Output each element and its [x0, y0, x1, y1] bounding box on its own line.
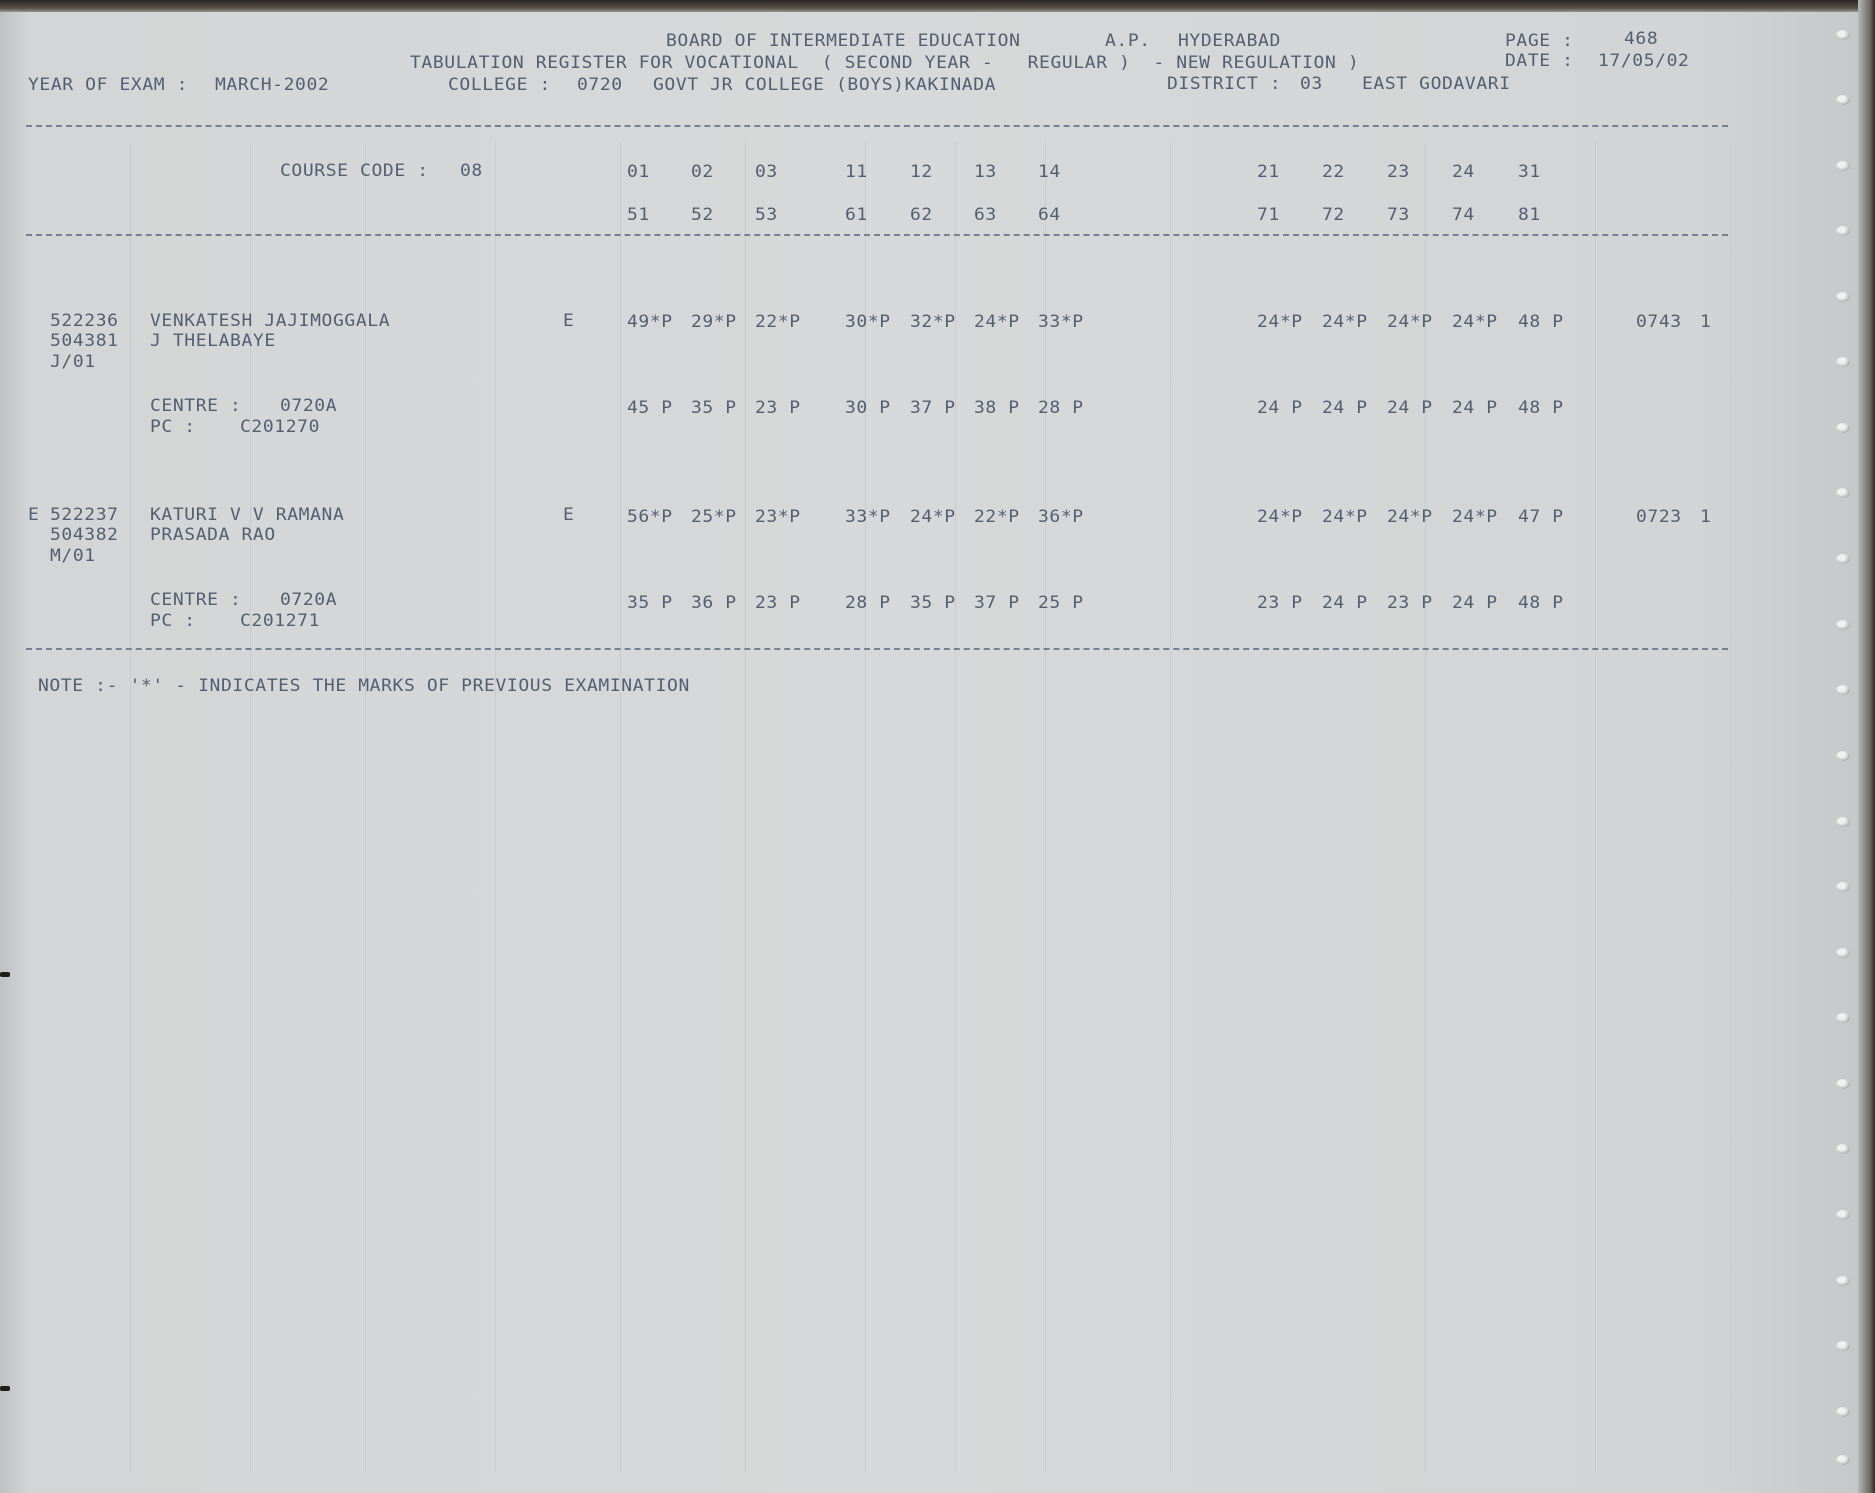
- mark-cell: 48 P: [1518, 594, 1564, 613]
- feed-hole-icon: [1836, 226, 1850, 236]
- subject-code: 64: [1038, 206, 1061, 225]
- centre-label: CENTRE :: [150, 397, 242, 416]
- binder-mark: [0, 1386, 10, 1391]
- mark-cell: 23 P: [1387, 594, 1433, 613]
- mark-cell: 37 P: [910, 399, 956, 418]
- board-name: BOARD OF INTERMEDIATE EDUCATION: [666, 32, 1021, 51]
- mark-cell: 24*P: [1387, 508, 1433, 527]
- mark-cell: 30 P: [845, 399, 891, 418]
- mark-cell: 35 P: [910, 594, 956, 613]
- footnote: NOTE :- '*' - INDICATES THE MARKS OF PRE…: [38, 677, 690, 696]
- category: M/01: [50, 547, 96, 566]
- total-marks: 0743: [1636, 313, 1682, 332]
- mark-cell: 22*P: [974, 508, 1020, 527]
- centre-code: 0720A: [280, 591, 337, 610]
- mark-cell: 23 P: [755, 594, 801, 613]
- mark-cell: 35 P: [627, 594, 673, 613]
- category: J/01: [50, 353, 96, 372]
- register-title: TABULATION REGISTER FOR VOCATIONAL ( SEC…: [410, 54, 1359, 73]
- subject-code: 24: [1452, 163, 1475, 182]
- mark-cell: 24 P: [1322, 594, 1368, 613]
- subject-code: 73: [1387, 206, 1410, 225]
- feed-hole-icon: [1836, 751, 1850, 761]
- page-label: PAGE :: [1505, 32, 1574, 51]
- mark-cell: 24*P: [1452, 508, 1498, 527]
- mark-cell: 24*P: [1257, 508, 1303, 527]
- subject-code: 11: [845, 163, 868, 182]
- hall-ticket-number: 522236: [50, 312, 119, 331]
- subject-code: 74: [1452, 206, 1475, 225]
- subject-code: 52: [691, 206, 714, 225]
- mark-cell: 25 P: [1038, 594, 1084, 613]
- feed-hole-icon: [1836, 1210, 1850, 1220]
- subject-code: 12: [910, 163, 933, 182]
- ghost-column-line: [620, 142, 621, 1472]
- mark-cell: 35 P: [691, 399, 737, 418]
- mark-cell: 23*P: [755, 508, 801, 527]
- mark-cell: 48 P: [1518, 313, 1564, 332]
- centre-code: 0720A: [280, 397, 337, 416]
- college-name: GOVT JR COLLEGE (BOYS)KAKINADA: [653, 76, 996, 95]
- mark-cell: 24 P: [1257, 399, 1303, 418]
- mark-cell: 38 P: [974, 399, 1020, 418]
- subject-code: 72: [1322, 206, 1345, 225]
- mark-cell: 45 P: [627, 399, 673, 418]
- pc-label: PC :: [150, 418, 196, 437]
- division: 1: [1700, 508, 1711, 527]
- medium: E: [563, 312, 574, 331]
- year-of-exam-label: YEAR OF EXAM :: [28, 76, 188, 95]
- subject-code: 03: [755, 163, 778, 182]
- parent-name: J THELABAYE: [150, 332, 276, 351]
- ghost-column-line: [495, 142, 496, 1472]
- mark-cell: 24*P: [1322, 508, 1368, 527]
- mark-cell: 37 P: [974, 594, 1020, 613]
- ghost-column-line: [1045, 142, 1046, 1472]
- student-name: VENKATESH JAJIMOGGALA: [150, 312, 390, 331]
- total-marks: 0723: [1636, 508, 1682, 527]
- binder-mark: [0, 972, 10, 977]
- subject-code: 61: [845, 206, 868, 225]
- photo-right-edge: [1858, 0, 1875, 1493]
- feed-hole-icon: [1836, 948, 1850, 958]
- hall-ticket-number: 522237: [50, 506, 119, 525]
- subject-code: 31: [1518, 163, 1541, 182]
- subject-code: 71: [1257, 206, 1280, 225]
- subject-code: 13: [974, 163, 997, 182]
- ghost-column-line: [865, 142, 866, 1472]
- feed-hole-icon: [1836, 95, 1850, 105]
- mark-cell: 24*P: [974, 313, 1020, 332]
- feed-hole-icon: [1836, 357, 1850, 367]
- mark-cell: 24*P: [1452, 313, 1498, 332]
- column-header-rule: [26, 234, 1728, 236]
- subject-code: 53: [755, 206, 778, 225]
- date-label: DATE :: [1505, 52, 1574, 71]
- mark-cell: 24*P: [1257, 313, 1303, 332]
- feed-hole-icon: [1836, 1079, 1850, 1089]
- registration-number: 504382: [50, 526, 119, 545]
- mark-cell: 47 P: [1518, 508, 1564, 527]
- mark-cell: 24 P: [1452, 594, 1498, 613]
- district-name: EAST GODAVARI: [1362, 75, 1511, 94]
- subject-code: 14: [1038, 163, 1061, 182]
- feed-hole-icon: [1836, 620, 1850, 630]
- subject-code: 51: [627, 206, 650, 225]
- district-label: DISTRICT :: [1167, 75, 1281, 94]
- division: 1: [1700, 313, 1711, 332]
- report-date: 17/05/02: [1598, 52, 1690, 71]
- feed-hole-icon: [1836, 882, 1850, 892]
- feed-hole-icon: [1836, 1144, 1850, 1154]
- mark-cell: 28 P: [1038, 399, 1084, 418]
- mark-cell: 56*P: [627, 508, 673, 527]
- subject-code: 01: [627, 163, 650, 182]
- feed-hole-icon: [1836, 1276, 1850, 1286]
- subject-code: 02: [691, 163, 714, 182]
- registration-number: 504381: [50, 332, 119, 351]
- records-end-rule: [26, 648, 1728, 650]
- feed-hole-icon: [1836, 817, 1850, 827]
- mark-cell: 22*P: [755, 313, 801, 332]
- parent-name: PRASADA RAO: [150, 526, 276, 545]
- feed-hole-icon: [1836, 554, 1850, 564]
- pc-number: C201270: [240, 418, 320, 437]
- year-of-exam: MARCH-2002: [215, 76, 329, 95]
- mark-cell: 23 P: [1257, 594, 1303, 613]
- ghost-column-line: [745, 142, 746, 1472]
- ghost-column-line: [1170, 142, 1171, 1472]
- mark-cell: 49*P: [627, 313, 673, 332]
- college-code: 0720: [577, 76, 623, 95]
- course-code-label: COURSE CODE :: [280, 162, 429, 181]
- feed-hole-icon: [1836, 161, 1850, 171]
- mark-cell: 24*P: [1387, 313, 1433, 332]
- college-label: COLLEGE :: [448, 76, 551, 95]
- ghost-column-line: [1595, 142, 1596, 1472]
- record-flag: E: [28, 506, 39, 525]
- subject-code: 81: [1518, 206, 1541, 225]
- ghost-column-line: [365, 142, 366, 1472]
- mark-cell: 24 P: [1452, 399, 1498, 418]
- medium: E: [563, 506, 574, 525]
- mark-cell: 30*P: [845, 313, 891, 332]
- mark-cell: 36 P: [691, 594, 737, 613]
- mark-cell: 32*P: [910, 313, 956, 332]
- ghost-column-line: [1730, 142, 1731, 1472]
- subject-code: 21: [1257, 163, 1280, 182]
- feed-hole-icon: [1836, 1013, 1850, 1023]
- page-number: 468: [1624, 30, 1658, 49]
- mark-cell: 24*P: [910, 508, 956, 527]
- feed-hole-icon: [1836, 292, 1850, 302]
- header-rule: [26, 125, 1728, 127]
- mark-cell: 29*P: [691, 313, 737, 332]
- feed-hole-icon: [1836, 685, 1850, 695]
- mark-cell: 28 P: [845, 594, 891, 613]
- district-code: 03: [1300, 75, 1323, 94]
- mark-cell: 36*P: [1038, 508, 1084, 527]
- mark-cell: 33*P: [845, 508, 891, 527]
- feed-hole-icon: [1836, 488, 1850, 498]
- mark-cell: 48 P: [1518, 399, 1564, 418]
- mark-cell: 33*P: [1038, 313, 1084, 332]
- ghost-column-line: [1425, 142, 1426, 1472]
- subject-code: 62: [910, 206, 933, 225]
- feed-hole-icon: [1836, 1341, 1850, 1351]
- student-name: KATURI V V RAMANA: [150, 506, 344, 525]
- feed-hole-icon: [1836, 30, 1850, 40]
- pc-number: C201271: [240, 612, 320, 631]
- mark-cell: 24 P: [1387, 399, 1433, 418]
- subject-code: 22: [1322, 163, 1345, 182]
- subject-code: 23: [1387, 163, 1410, 182]
- ghost-column-line: [955, 142, 956, 1472]
- course-code: 08: [460, 162, 483, 181]
- ghost-column-line: [130, 142, 131, 1472]
- centre-label: CENTRE :: [150, 591, 242, 610]
- feed-hole-icon: [1836, 1407, 1850, 1417]
- city: HYDERABAD: [1178, 32, 1281, 51]
- mark-cell: 24 P: [1322, 399, 1368, 418]
- mark-cell: 23 P: [755, 399, 801, 418]
- mark-cell: 24*P: [1322, 313, 1368, 332]
- feed-hole-icon: [1836, 1455, 1850, 1465]
- state: A.P.: [1105, 32, 1151, 51]
- feed-hole-icon: [1836, 423, 1850, 433]
- subject-code: 63: [974, 206, 997, 225]
- mark-cell: 25*P: [691, 508, 737, 527]
- pc-label: PC :: [150, 612, 196, 631]
